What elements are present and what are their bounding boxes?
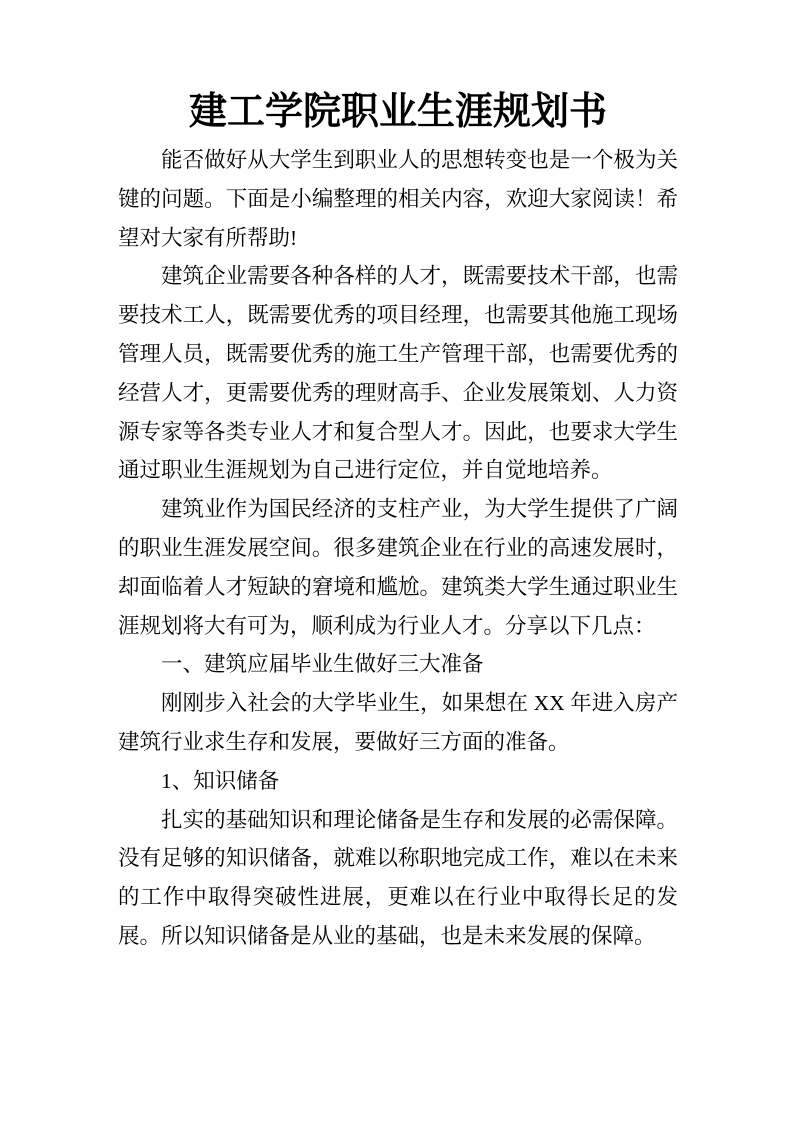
subsection-heading-knowledge-reserve: 1、知识储备 bbox=[118, 762, 678, 801]
document-page: 建工学院职业生涯规划书 能否做好从大学生到职业人的思想转变也是一个极为关键的问题… bbox=[0, 0, 793, 1122]
document-title: 建工学院职业生涯规划书 bbox=[118, 88, 678, 136]
paragraph-industry-outlook: 建筑业作为国民经济的支柱产业，为大学生提供了广阔的职业生涯发展空间。很多建筑企业… bbox=[118, 490, 678, 645]
paragraph-knowledge-reserve-detail: 扎实的基础知识和理论储备是生存和发展的必需保障。没有足够的知识储备，就难以称职地… bbox=[118, 801, 678, 956]
paragraph-graduates-preparation: 刚刚步入社会的大学毕业生，如果想在 XX 年进入房产建筑行业求生存和发展，要做好… bbox=[118, 684, 678, 762]
section-heading-three-preparations: 一、建筑应届毕业生做好三大准备 bbox=[118, 645, 678, 684]
paragraph-intro: 能否做好从大学生到职业人的思想转变也是一个极为关键的问题。下面是小编整理的相关内… bbox=[118, 141, 678, 257]
paragraph-enterprise-talent-needs: 建筑企业需要各种各样的人才，既需要技术干部，也需要技术工人，既需要优秀的项目经理… bbox=[118, 257, 678, 490]
